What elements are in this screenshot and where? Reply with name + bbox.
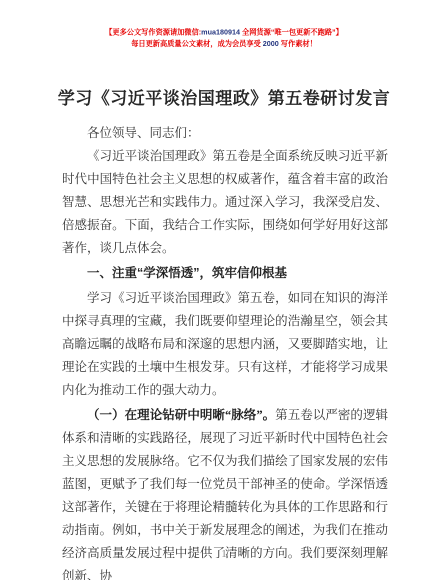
notice-line2-prefix: 每日更新高质量公文素材，成为会员享受 [131, 40, 263, 48]
salutation: 各位领导、同志们： [62, 122, 388, 145]
document-body: 各位领导、同志们： 《习近平谈治国理政》第五卷是全面系统反映习近平新时代中国特色… [62, 122, 388, 580]
page-number: 1 [0, 548, 448, 560]
paragraph-intro: 《习近平谈治国理政》第五卷是全面系统反映习近平新时代中国特色社会主义思想的权威著… [62, 145, 388, 260]
notice-line1-suffix: 全网货源“唯一包更新不跑路”】 [240, 29, 343, 37]
section-heading-1: 一、注重“学深悟透”，筑牢信仰根基 [62, 262, 388, 285]
notice-line1-prefix: 【更多公文写作资源请加微信: [105, 29, 201, 37]
notice-line2-suffix: 写作素材！ [279, 40, 317, 48]
notice-wechat-id: mua180914 [201, 29, 240, 37]
document-page: 【更多公文写作资源请加微信:mua180914 全网货源“唯一包更新不跑路”】 … [0, 0, 448, 580]
header-notice: 【更多公文写作资源请加微信:mua180914 全网货源“唯一包更新不跑路”】 … [63, 0, 386, 50]
notice-line-2: 每日更新高质量公文素材，成为会员享受 2000 写作素材！ [63, 39, 386, 51]
notice-material-count: 2000 [263, 40, 279, 48]
document-title: 学习《习近平谈治国理政》第五卷研讨发言 [36, 84, 412, 109]
notice-line-1: 【更多公文写作资源请加微信:mua180914 全网货源“唯一包更新不跑路”】 [63, 27, 386, 39]
subpoint-1-lead: （一）在理论钻研中明晰“脉络”。 [87, 408, 275, 422]
paragraph-section-1: 学习《习近平谈治国理政》第五卷，如同在知识的海洋中探寻真理的宝藏，我们既要仰望理… [62, 287, 388, 402]
